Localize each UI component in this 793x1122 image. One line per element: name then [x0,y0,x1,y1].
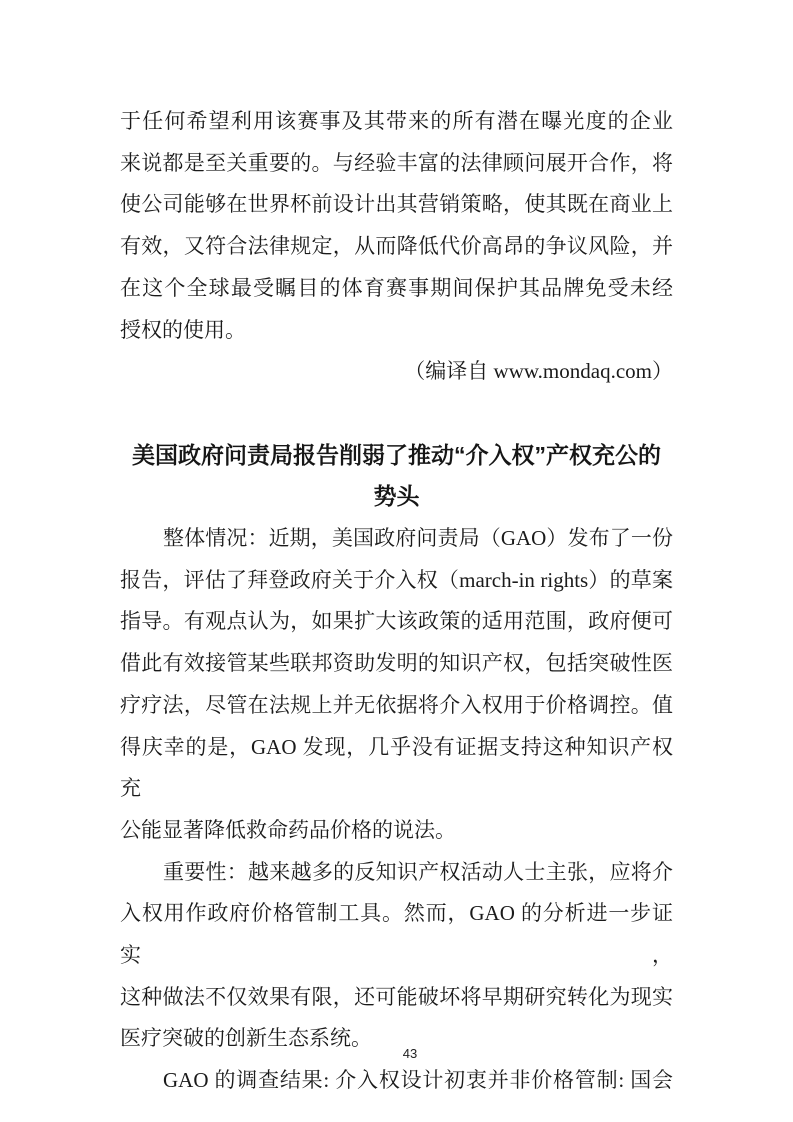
text-line: 得庆幸的是，GAO 发现，几乎没有证据支持这种知识产权充 [120,727,673,810]
page-body: 于任何希望利用该赛事及其带来的所有潜在曝光度的企业 来说都是至关重要的。与经验丰… [120,101,673,1102]
text-line: 在这个全球最受瞩目的体育赛事期间保护其品牌免受未经 [120,268,673,310]
document-page: 于任何希望利用该赛事及其带来的所有潜在曝光度的企业 来说都是至关重要的。与经验丰… [0,0,793,1122]
text-line: 有效，又符合法律规定，从而降低代价高昂的争议风险，并 [120,226,673,268]
article-title-line-2: 势头 [0,476,793,518]
article-title-line-1: 美国政府问责局报告削弱了推动“介入权”产权充公的 [0,435,793,477]
text-line: 这种做法不仅效果有限，还可能破坏将早期研究转化为现实 [120,977,673,1019]
text-line: 于任何希望利用该赛事及其带来的所有潜在曝光度的企业 [120,101,673,143]
text-line: 入权用作政府价格管制工具。然而，GAO 的分析进一步证实， [120,893,673,976]
blank-line [120,393,673,435]
text-line: 报告，评估了拜登政府关于介入权（march-in rights）的草案 [120,560,673,602]
article-title: 美国政府问责局报告削弱了推动“介入权”产权充公的 势头 [0,435,793,518]
text-line: 来说都是至关重要的。与经验丰富的法律顾问展开合作，将 [120,143,673,185]
source-attribution: （编译自 www.mondaq.com） [120,351,673,393]
text-line: GAO 的调查结果: 介入权设计初衷并非价格管制: 国会 [120,1060,673,1102]
findings-paragraph: GAO 的调查结果: 介入权设计初衷并非价格管制: 国会 [120,1060,673,1102]
text-line: 授权的使用。 [120,310,673,352]
overview-paragraph: 整体情况：近期，美国政府问责局（GAO）发布了一份 报告，评估了拜登政府关于介入… [120,518,673,852]
text-line: 借此有效接管某些联邦资助发明的知识产权，包括突破性医 [120,643,673,685]
text-line: 疗疗法，尽管在法规上并无依据将介入权用于价格调控。值 [120,685,673,727]
text-line: 公能显著降低救命药品价格的说法。 [120,810,673,852]
text-line: 指导。有观点认为，如果扩大该政策的适用范围，政府便可 [120,601,673,643]
text-line: 使公司能够在世界杯前设计出其营销策略，使其既在商业上 [120,184,673,226]
importance-paragraph: 重要性：越来越多的反知识产权活动人士主张，应将介 入权用作政府价格管制工具。然而… [120,852,673,1061]
intro-paragraph: 于任何希望利用该赛事及其带来的所有潜在曝光度的企业 来说都是至关重要的。与经验丰… [120,101,673,351]
page-number: 43 [370,1046,450,1061]
text-line: 整体情况：近期，美国政府问责局（GAO）发布了一份 [120,518,673,560]
text-line: 重要性：越来越多的反知识产权活动人士主张，应将介 [120,852,673,894]
